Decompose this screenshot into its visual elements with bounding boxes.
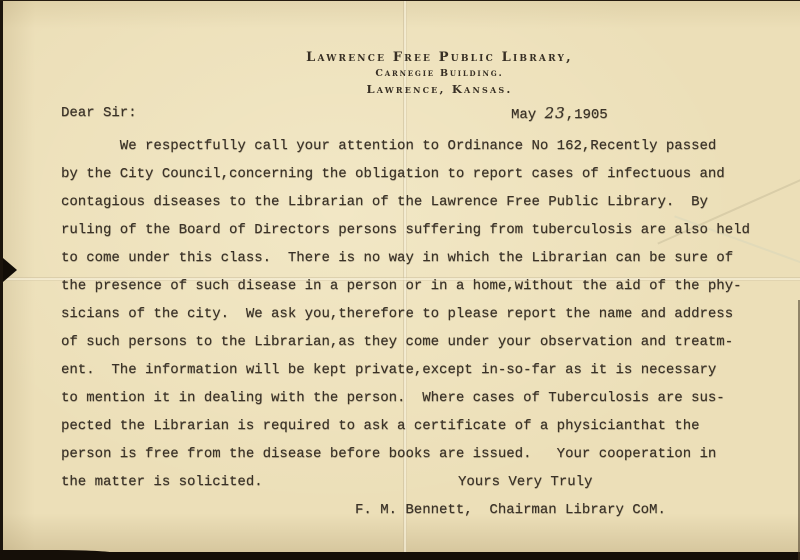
body-line: by the City Council,concerning the oblig…: [61, 160, 780, 188]
date-line: May 23,1905: [511, 104, 608, 123]
signature-line: F. M. Bennett, Chairman Library CoM.: [61, 496, 780, 524]
body-line: pected the Librarian is required to ask …: [61, 412, 780, 440]
letterhead-organization: Lawrence Free Public Library,: [41, 49, 800, 66]
scan-edge-bottom: [0, 552, 800, 560]
letter-body: We respectfully call your attention to O…: [61, 132, 780, 524]
scan-edge-left: [0, 0, 3, 560]
body-line: ruling of the Board of Directors persons…: [61, 216, 780, 244]
date-year: ,1905: [566, 107, 608, 123]
closing-left-text: the matter is solicited.: [61, 474, 263, 490]
letter-paper: Lawrence Free Public Library, Carnegie B…: [3, 1, 800, 552]
body-line: sicians of the city. We ask you,therefor…: [61, 300, 780, 328]
letterhead-city: Lawrence, Kansas.: [41, 81, 800, 97]
body-line: to mention it in dealing with the person…: [61, 384, 780, 412]
body-line: of such persons to the Librarian,as they…: [61, 328, 780, 356]
scan-notch-artifact: [3, 258, 17, 282]
body-line: contagious diseases to the Librarian of …: [61, 188, 780, 216]
body-line: We respectfully call your attention to O…: [61, 132, 780, 160]
body-line: person is free from the disease before b…: [61, 440, 780, 468]
scan-edge-top: [0, 0, 800, 1]
body-line: the presence of such disease in a person…: [61, 272, 780, 300]
date-month: May: [511, 107, 545, 123]
signature: F. M. Bennett, Chairman Library CoM.: [355, 496, 666, 524]
valediction: Yours Very Truly: [458, 468, 592, 496]
body-line: ent. The information will be kept privat…: [61, 356, 780, 384]
salutation: Dear Sir:: [61, 105, 137, 121]
body-line: to come under this class. There is no wa…: [61, 244, 780, 272]
letter-scan: Lawrence Free Public Library, Carnegie B…: [0, 0, 800, 560]
date-day-handwritten: 23: [545, 104, 566, 122]
closing-line: the matter is solicited.Yours Very Truly: [61, 468, 780, 496]
letterhead: Lawrence Free Public Library, Carnegie B…: [41, 49, 800, 97]
scan-edge-bottom-left: [0, 550, 110, 554]
letterhead-building: Carnegie Building.: [41, 66, 800, 81]
